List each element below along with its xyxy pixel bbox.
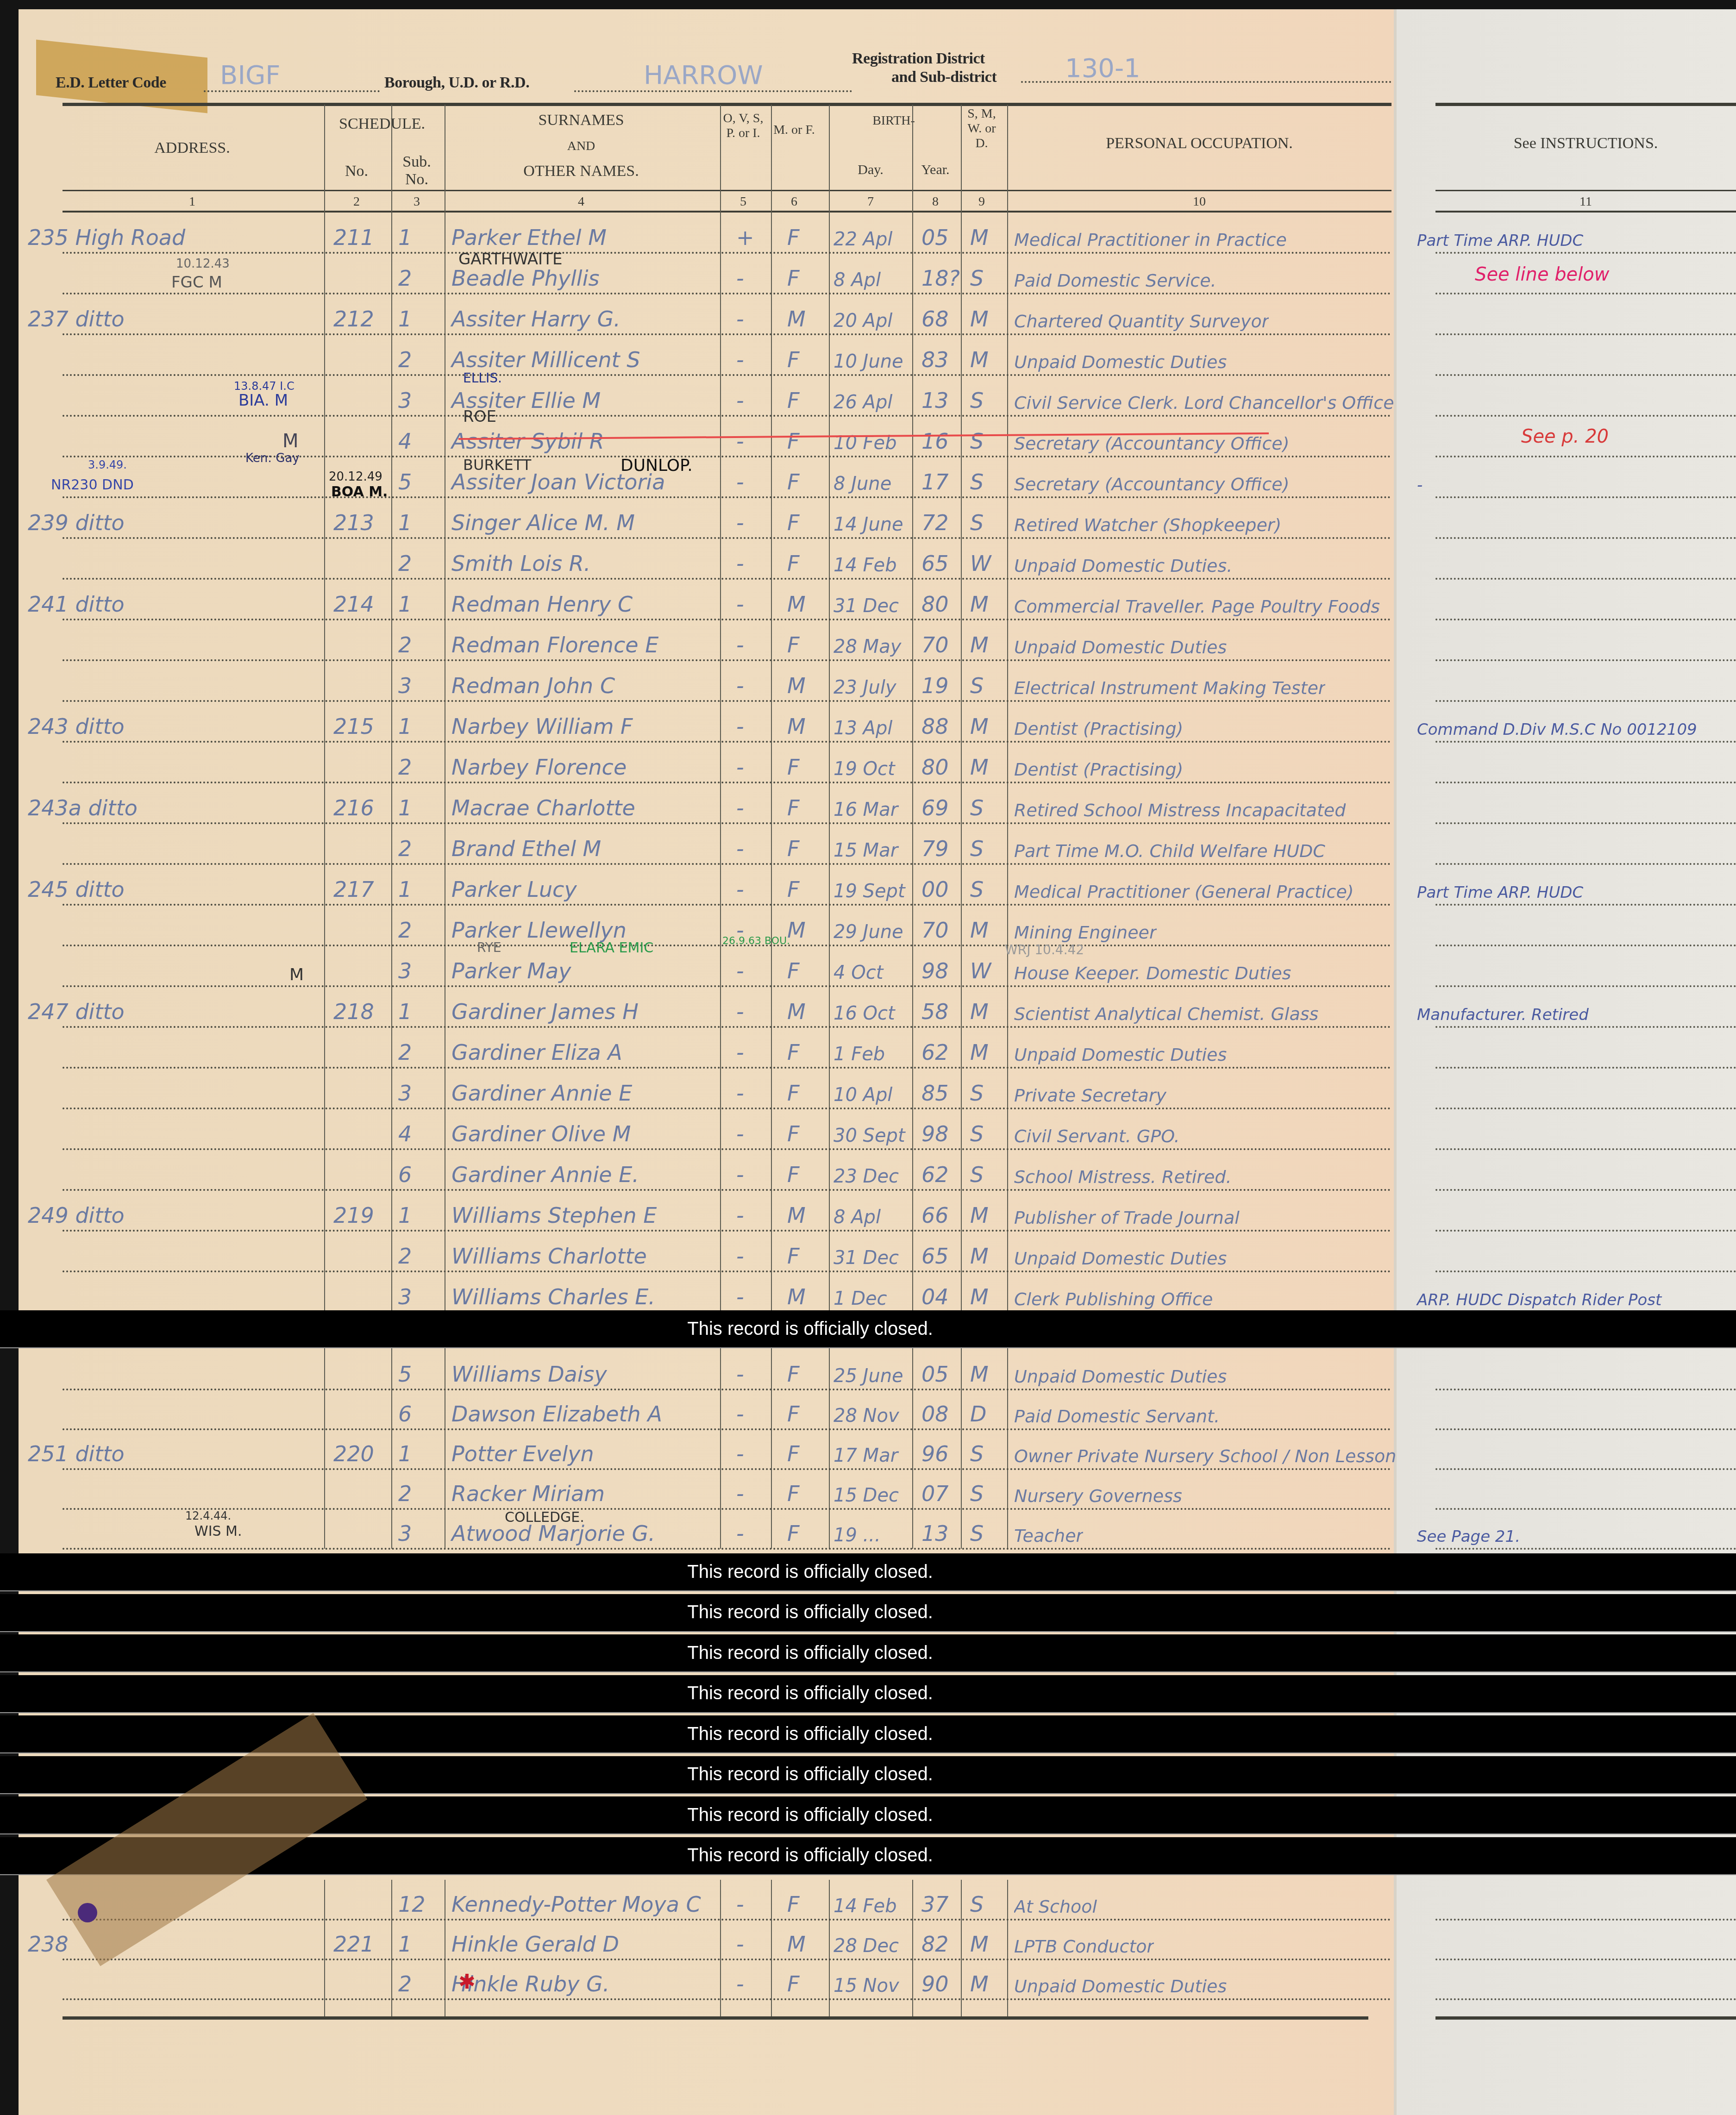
name-cell: Potter Evelyn (451, 1441, 594, 1466)
ed-letter-code-value: BIGF (220, 60, 281, 90)
sex-cell: F (787, 1402, 799, 1427)
sub-no-cell: 1 (398, 1441, 412, 1466)
name-cell: Racker Miriam (451, 1481, 605, 1506)
birth-day-cell: 16 Oct (834, 1003, 895, 1024)
col-no: No. (324, 162, 389, 180)
sex-cell: F (787, 836, 799, 861)
name-cell: Gardiner Olive M (451, 1121, 631, 1146)
ovspi-cell: - (736, 1284, 744, 1309)
name-cell: Singer Alice M. M (451, 510, 635, 535)
ovspi-cell: - (736, 388, 744, 413)
birth-year-cell: 98 (921, 1121, 949, 1146)
birth-day-cell: 1 Dec (834, 1288, 887, 1309)
registration-label-1: Registration District (852, 50, 985, 68)
annotation-fgc-date: 10.12.43 (176, 257, 230, 271)
birth-day-cell: 13 Apl (834, 718, 892, 739)
sex-cell: F (787, 1481, 799, 1506)
birth-day-cell: 1 Feb (834, 1044, 885, 1065)
marital-status-cell: S (970, 1481, 984, 1506)
birth-day-cell: 22 Apl (834, 229, 892, 250)
birth-day-cell: 15 Dec (834, 1485, 899, 1506)
name-cell: Parker Ethel M (451, 225, 607, 250)
closed-record-band: This record is officially closed. (0, 1675, 1736, 1713)
table-row: 6Dawson Elizabeth A-F28 Nov08DPaid Domes… (0, 1389, 1375, 1430)
ovspi-cell: - (736, 877, 744, 902)
sub-no-cell: 5 (398, 1362, 412, 1387)
ovspi-cell: + (736, 225, 754, 250)
marital-status-cell: M (970, 918, 989, 943)
annotation-rye: RYE (477, 940, 501, 955)
birth-year-cell: 83 (921, 347, 949, 372)
marital-status-cell: S (970, 1441, 984, 1466)
birth-year-cell: 80 (921, 755, 949, 780)
schedule-no-cell: 220 (333, 1441, 374, 1466)
occupation-cell: Unpaid Domestic Duties (1014, 637, 1227, 657)
col-num-5: 5 (720, 194, 766, 209)
sub-no-cell: 1 (398, 1203, 412, 1228)
occupation-cell: Owner Private Nursery School / Non Lesso… (1014, 1446, 1398, 1466)
occupation-cell: Secretary (Accountancy Office) (1014, 433, 1290, 454)
col-surnames-1: SURNAMES (445, 111, 718, 129)
marital-status-cell: S (970, 1162, 984, 1187)
ovspi-cell: - (736, 1121, 744, 1146)
schedule-no-cell: 214 (333, 592, 374, 617)
sub-no-cell: 3 (398, 1521, 412, 1546)
address-cell: 241 ditto (28, 592, 125, 617)
col-birth: BIRTH- (829, 113, 959, 128)
name-cell: Williams Daisy (451, 1362, 607, 1387)
birth-year-cell: 62 (921, 1040, 949, 1065)
occupation-cell: Unpaid Domestic Duties (1014, 1976, 1227, 1996)
name-cell: Macrae Charlotte (451, 795, 635, 820)
sex-cell: F (787, 1162, 799, 1187)
annotation-see-line-below: See line below (1475, 264, 1610, 285)
marital-status-cell: S (970, 1081, 984, 1106)
birth-day-cell: 19 Sept (834, 881, 905, 902)
sub-no-cell: 1 (398, 1932, 412, 1957)
annotation-wrj: WRJ 10.4.42 (1005, 942, 1084, 957)
occupation-cell: Medical Practitioner (General Practice) (1014, 882, 1354, 902)
col-ovspi: O, V, S, P. or I. (720, 111, 766, 141)
ovspi-cell: - (736, 266, 744, 291)
address-cell: 245 ditto (28, 877, 125, 902)
name-cell: Narbey Florence (451, 755, 627, 780)
name-cell: Williams Stephen E (451, 1203, 657, 1228)
table-row: 249 ditto2191Williams Stephen E-M8 Apl66… (0, 1191, 1375, 1232)
sub-no-cell: 2 (398, 1481, 412, 1506)
birth-year-cell: 85 (921, 1081, 949, 1106)
address-cell: 237 ditto (28, 307, 125, 332)
birth-day-cell: 4 Oct (834, 962, 883, 983)
annotation-nr-date: 3.9.49. (88, 458, 127, 471)
sex-cell: F (787, 551, 799, 576)
birth-year-cell: 70 (921, 918, 949, 943)
birth-year-cell: 62 (921, 1162, 949, 1187)
sex-cell: F (787, 469, 799, 494)
instructions-cell: Part Time ARP. HUDC (1417, 232, 1583, 250)
col-address: ADDRESS. (65, 139, 320, 157)
marital-status-cell: S (970, 795, 984, 820)
birth-day-cell: 17 Mar (834, 1445, 898, 1466)
sex-cell: F (787, 347, 799, 372)
sex-cell: F (787, 1521, 799, 1546)
ovspi-cell: - (736, 1402, 744, 1427)
occupation-cell: Unpaid Domestic Duties (1014, 352, 1227, 372)
birth-year-cell: 68 (921, 307, 949, 332)
name-cell: Gardiner Eliza A (451, 1040, 622, 1065)
sub-no-cell: 2 (398, 266, 412, 291)
sex-cell: M (787, 673, 806, 698)
address-cell: 239 ditto (28, 510, 125, 535)
sex-cell: F (787, 1121, 799, 1146)
name-cell: Williams Charlotte (451, 1244, 647, 1269)
name-cell: Hinkle Gerald D (451, 1932, 619, 1957)
occupation-cell: Private Secretary (1014, 1085, 1166, 1106)
table-row: 251 ditto2201Potter Evelyn-F17 Mar96SOwn… (0, 1429, 1375, 1470)
col-num-3: 3 (391, 194, 442, 209)
birth-day-cell: 25 June (834, 1365, 903, 1387)
marital-status-cell: S (970, 1521, 984, 1546)
birth-day-cell: 31 Dec (834, 595, 899, 617)
sex-cell: F (787, 1971, 799, 1996)
sub-no-cell: 6 (398, 1162, 412, 1187)
borough-label: Borough, U.D. or R.D. (384, 74, 529, 92)
col-num-2: 2 (324, 194, 389, 209)
birth-year-cell: 90 (921, 1971, 949, 1996)
table-row: 241 ditto2141Redman Henry C-M31 Dec80MCo… (0, 580, 1375, 620)
name-cell: Gardiner Annie E (451, 1081, 632, 1106)
birth-day-cell: 8 Apl (834, 1207, 881, 1228)
ovspi-cell: - (736, 1971, 744, 1996)
instructions-cell: Part Time ARP. HUDC (1417, 883, 1583, 902)
sub-no-cell: 1 (398, 225, 412, 250)
ovspi-cell: - (736, 836, 744, 861)
table-row: 2Assiter Millicent S-F10 June83MUnpaid D… (0, 335, 1375, 376)
marital-status-cell: S (970, 266, 984, 291)
col-num-1: 1 (65, 194, 320, 209)
sub-no-cell: 2 (398, 836, 412, 861)
sub-no-cell: 1 (398, 307, 412, 332)
sex-cell: M (787, 999, 806, 1024)
ovspi-cell: - (736, 1362, 744, 1387)
sex-cell: F (787, 1081, 799, 1106)
birth-day-cell: 26 Apl (834, 392, 892, 413)
occupation-cell: Part Time M.O. Child Welfare HUDC (1014, 841, 1325, 861)
occupation-cell: At School (1014, 1896, 1097, 1917)
ed-letter-code-label: E.D. Letter Code (56, 74, 166, 92)
name-cell: Redman Henry C (451, 592, 633, 617)
name-cell: Gardiner Annie E. (451, 1162, 639, 1187)
occupation-cell: Unpaid Domestic Duties. (1014, 556, 1232, 576)
schedule-no-cell: 217 (333, 877, 374, 902)
table-row: 3Parker May-F4 Oct98WHouse Keeper. Domes… (0, 946, 1375, 987)
marital-status-cell: W (970, 958, 991, 983)
col-year: Year. (912, 162, 959, 178)
ovspi-cell: - (736, 1081, 744, 1106)
occupation-cell: Unpaid Domestic Duties (1014, 1248, 1227, 1269)
occupation-cell: Retired Watcher (Shopkeeper) (1014, 515, 1281, 535)
table-row: 235 High Road2111Parker Ethel M+F22 Apl0… (0, 213, 1375, 254)
birth-year-cell: 82 (921, 1932, 949, 1957)
occupation-cell: Chartered Quantity Surveyor (1014, 311, 1269, 332)
registration-label-2: and Sub-district (891, 69, 996, 86)
ovspi-cell: - (736, 1892, 744, 1917)
marital-status-cell: M (970, 714, 989, 739)
col-schedule: SCHEDULE. (324, 115, 440, 133)
occupation-cell: Scientist Analytical Chemist. Glass (1014, 1004, 1318, 1024)
marital-status-cell: S (970, 877, 984, 902)
table-row: 2Parker Llewellyn-M29 June70MMining Engi… (0, 906, 1375, 946)
marital-status-cell: M (970, 347, 989, 372)
annotation-bia-date: 13.8.47 I.C (234, 380, 295, 393)
name-cell: Williams Charles E. (451, 1284, 655, 1309)
sex-cell: F (787, 958, 799, 983)
ovspi-cell: - (736, 1441, 744, 1466)
table-row: 3Gardiner Annie E-F10 Apl85SPrivate Secr… (0, 1069, 1375, 1109)
occupation-cell: Teacher (1014, 1526, 1083, 1546)
table-row: 2Narbey Florence-F19 Oct80MDentist (Prac… (0, 743, 1375, 783)
occupation-cell: Mining Engineer (1014, 922, 1157, 943)
table-row: 2382211Hinkle Gerald D-M28 Dec82MLPTB Co… (0, 1920, 1375, 1960)
table-row: 247 ditto2181Gardiner James H-M16 Oct58M… (0, 987, 1375, 1028)
sex-cell: F (787, 1040, 799, 1065)
sex-cell: F (787, 429, 799, 454)
marital-status-cell: M (970, 755, 989, 780)
birth-year-cell: 08 (921, 1402, 949, 1427)
ovspi-cell: - (736, 755, 744, 780)
table-row: 2Racker Miriam-F15 Dec07SNursery Governe… (0, 1469, 1375, 1510)
name-cell: Beadle Phyllis (451, 266, 599, 291)
name-cell: Brand Ethel M (451, 836, 601, 861)
marital-status-cell: W (970, 551, 991, 576)
name-cell: Parker May (451, 958, 571, 983)
col-num-4: 4 (445, 194, 718, 209)
occupation-cell: School Mistress. Retired. (1014, 1167, 1231, 1187)
occupation-cell: Retired School Mistress Incapacitated (1014, 800, 1346, 820)
sex-cell: F (787, 388, 799, 413)
closed-record-band: This record is officially closed. (0, 1310, 1736, 1348)
occupation-cell: Nursery Governess (1014, 1486, 1182, 1506)
sex-cell: M (787, 307, 806, 332)
birth-year-cell: 70 (921, 632, 949, 657)
birth-year-cell: 13 (921, 1521, 949, 1546)
birth-day-cell: 19 Oct (834, 758, 895, 780)
sub-no-cell: 1 (398, 999, 412, 1024)
birth-day-cell: 28 Nov (834, 1405, 899, 1427)
schedule-no-cell: 213 (333, 510, 374, 535)
ovspi-cell: - (736, 1932, 744, 1957)
ovspi-cell: - (736, 958, 744, 983)
instructions-cell: See Page 21. (1417, 1527, 1520, 1546)
table-row: 237 ditto2121Assiter Harry G.-M20 Apl68M… (0, 294, 1375, 335)
sub-no-cell: 3 (398, 958, 412, 983)
birth-day-cell: 15 Mar (834, 840, 898, 861)
col-num-8: 8 (912, 194, 959, 209)
birth-year-cell: 80 (921, 592, 949, 617)
sub-no-cell: 6 (398, 1402, 412, 1427)
birth-year-cell: 66 (921, 1203, 949, 1228)
col-sub-1: Sub. (391, 153, 442, 171)
marital-status-cell: S (970, 836, 984, 861)
marital-status-cell: M (970, 1932, 989, 1957)
instructions-cell: Command D.Div M.S.C No 0012109 (1417, 720, 1697, 739)
birth-day-cell: 29 June (834, 921, 903, 943)
marital-status-cell: M (970, 1362, 989, 1387)
birth-year-cell: 37 (921, 1892, 949, 1917)
ovspi-cell: - (736, 592, 744, 617)
sex-cell: F (787, 755, 799, 780)
birth-day-cell: 16 Mar (834, 799, 898, 820)
annotation-m-mark: M (282, 431, 299, 452)
name-cell: Parker Llewellyn (451, 918, 627, 943)
sex-cell: M (787, 592, 806, 617)
occupation-cell: Unpaid Domestic Duties (1014, 1366, 1227, 1387)
col-day: Day. (829, 162, 912, 178)
red-asterisk-mark: ✱ (458, 1970, 476, 1994)
col-mf: M. or F. (771, 123, 817, 138)
marital-status-cell: M (970, 632, 989, 657)
birth-year-cell: 69 (921, 795, 949, 820)
birth-day-cell: 31 Dec (834, 1247, 899, 1269)
sex-cell: F (787, 1244, 799, 1269)
closed-record-band: This record is officially closed. (0, 1594, 1736, 1632)
marital-status-cell: M (970, 225, 989, 250)
birth-day-cell: 28 Dec (834, 1935, 899, 1957)
birth-year-cell: 07 (921, 1481, 949, 1506)
sub-no-cell: 1 (398, 510, 412, 535)
col-num-10: 10 (1007, 194, 1391, 209)
birth-year-cell: 00 (921, 877, 949, 902)
occupation-cell: Commercial Traveller. Page Poultry Foods (1014, 596, 1380, 617)
marital-status-cell: M (970, 1971, 989, 1996)
instructions-cell: ARP. HUDC Dispatch Rider Post (1417, 1291, 1661, 1309)
birth-day-cell: 23 Dec (834, 1166, 899, 1187)
marital-status-cell: M (970, 1244, 989, 1269)
ovspi-cell: - (736, 429, 744, 454)
ovspi-cell: - (736, 347, 744, 372)
table-row: 5Williams Daisy-F25 June05MUnpaid Domest… (0, 1350, 1375, 1390)
table-row: 2Hinkle Ruby G.-F15 Nov90MUnpaid Domesti… (0, 1959, 1375, 2000)
ovspi-cell: - (736, 1203, 744, 1228)
col-smwd: S, M, W. or D. (961, 106, 1003, 151)
name-cell: Smith Lois R. (451, 551, 590, 576)
sub-no-cell: 1 (398, 714, 412, 739)
birth-year-cell: 04 (921, 1284, 949, 1309)
sex-cell: F (787, 225, 799, 250)
birth-day-cell: 30 Sept (834, 1125, 905, 1146)
occupation-cell: Secretary (Accountancy Office) (1014, 474, 1290, 494)
occupation-cell: Publisher of Trade Journal (1014, 1208, 1240, 1228)
address-cell: 243a ditto (28, 795, 138, 820)
sex-cell: F (787, 1362, 799, 1387)
sub-no-cell: 4 (398, 429, 412, 454)
birth-day-cell: 19 ... (834, 1525, 881, 1546)
ovspi-cell: - (736, 999, 744, 1024)
table-row: 3Assiter Ellie M-F26 Apl13SCivil Service… (0, 376, 1375, 417)
marital-status-cell: S (970, 1892, 984, 1917)
table-row: 3Redman John C-M23 July19SElectrical Ins… (0, 661, 1375, 702)
schedule-no-cell: 219 (333, 1203, 374, 1228)
closed-record-band: This record is officially closed. (0, 1553, 1736, 1591)
annotation-dunlop: DUNLOP. (620, 456, 693, 475)
birth-day-cell: 20 Apl (834, 310, 892, 332)
ovspi-cell: - (736, 1162, 744, 1187)
ovspi-cell: - (736, 510, 744, 535)
ovspi-cell: - (736, 714, 744, 739)
name-cell: Assiter Harry G. (451, 307, 620, 332)
birth-year-cell: 18? (921, 266, 960, 291)
birth-year-cell: 13 (921, 388, 949, 413)
occupation-cell: Civil Servant. GPO. (1014, 1126, 1180, 1146)
marital-status-cell: M (970, 307, 989, 332)
birth-day-cell: 14 Feb (834, 555, 897, 576)
annotation-bou: 26.9.63 BOU. (722, 935, 790, 947)
ovspi-cell: - (736, 551, 744, 576)
sub-no-cell: 2 (398, 1971, 412, 1996)
col-num-7: 7 (829, 194, 912, 209)
sub-no-cell: 2 (398, 632, 412, 657)
instructions-cell: - (1417, 476, 1423, 494)
sex-cell: M (787, 1932, 806, 1957)
table-row: 2Smith Lois R.-F14 Feb65WUnpaid Domestic… (0, 539, 1375, 580)
sub-no-cell: 2 (398, 918, 412, 943)
address-cell: 238 (28, 1932, 69, 1957)
sex-cell: M (787, 1203, 806, 1228)
birth-year-cell: 58 (921, 999, 949, 1024)
annotation-ellis: ELLIS. (463, 370, 502, 386)
birth-year-cell: 72 (921, 510, 949, 535)
annotation-bia: BIA. M (238, 391, 288, 410)
table-row: 6Gardiner Annie E.-F23 Dec62SSchool Mist… (0, 1150, 1375, 1191)
table-row: 4Gardiner Olive M-F30 Sept98SCivil Serva… (0, 1109, 1375, 1150)
sex-cell: F (787, 1892, 799, 1917)
address-cell: 243 ditto (28, 714, 125, 739)
sex-cell: F (787, 795, 799, 820)
col-num-6: 6 (771, 194, 817, 209)
table-row: 2Brand Ethel M-F15 Mar79SPart Time M.O. … (0, 824, 1375, 865)
marital-status-cell: D (970, 1402, 986, 1427)
ovspi-cell: - (736, 632, 744, 657)
schedule-no-cell: 211 (333, 225, 374, 250)
sub-no-cell: 2 (398, 1040, 412, 1065)
annotation-m-mark-2: M (289, 965, 304, 984)
schedule-no-cell: 215 (333, 714, 374, 739)
name-cell: Assiter Sybil R (451, 429, 604, 454)
address-cell: 251 ditto (28, 1441, 125, 1466)
address-cell: 247 ditto (28, 999, 125, 1024)
sub-no-cell: 1 (398, 592, 412, 617)
name-cell: Dawson Elizabeth A (451, 1402, 662, 1427)
birth-year-cell: 65 (921, 1244, 949, 1269)
ovspi-cell: - (736, 1481, 744, 1506)
name-cell: Assiter Millicent S (451, 347, 640, 372)
marital-status-cell: M (970, 1040, 989, 1065)
sub-no-cell: 2 (398, 755, 412, 780)
birth-day-cell: 8 Apl (834, 269, 881, 291)
sub-no-cell: 1 (398, 877, 412, 902)
birth-year-cell: 16 (921, 429, 949, 454)
birth-year-cell: 17 (921, 469, 949, 494)
sub-no-cell: 1 (398, 795, 412, 820)
sex-cell: M (787, 714, 806, 739)
instructions-cell: Manufacturer. Retired (1417, 1006, 1589, 1024)
marital-status-cell: M (970, 592, 989, 617)
col-surnames-3: OTHER NAMES. (445, 162, 718, 180)
occupation-cell: Clerk Publishing Office (1014, 1289, 1213, 1309)
sex-cell: F (787, 632, 799, 657)
annotation-garthwaite: GARTHWAITE (458, 250, 562, 269)
annotation-fgc: FGC M (171, 273, 222, 292)
